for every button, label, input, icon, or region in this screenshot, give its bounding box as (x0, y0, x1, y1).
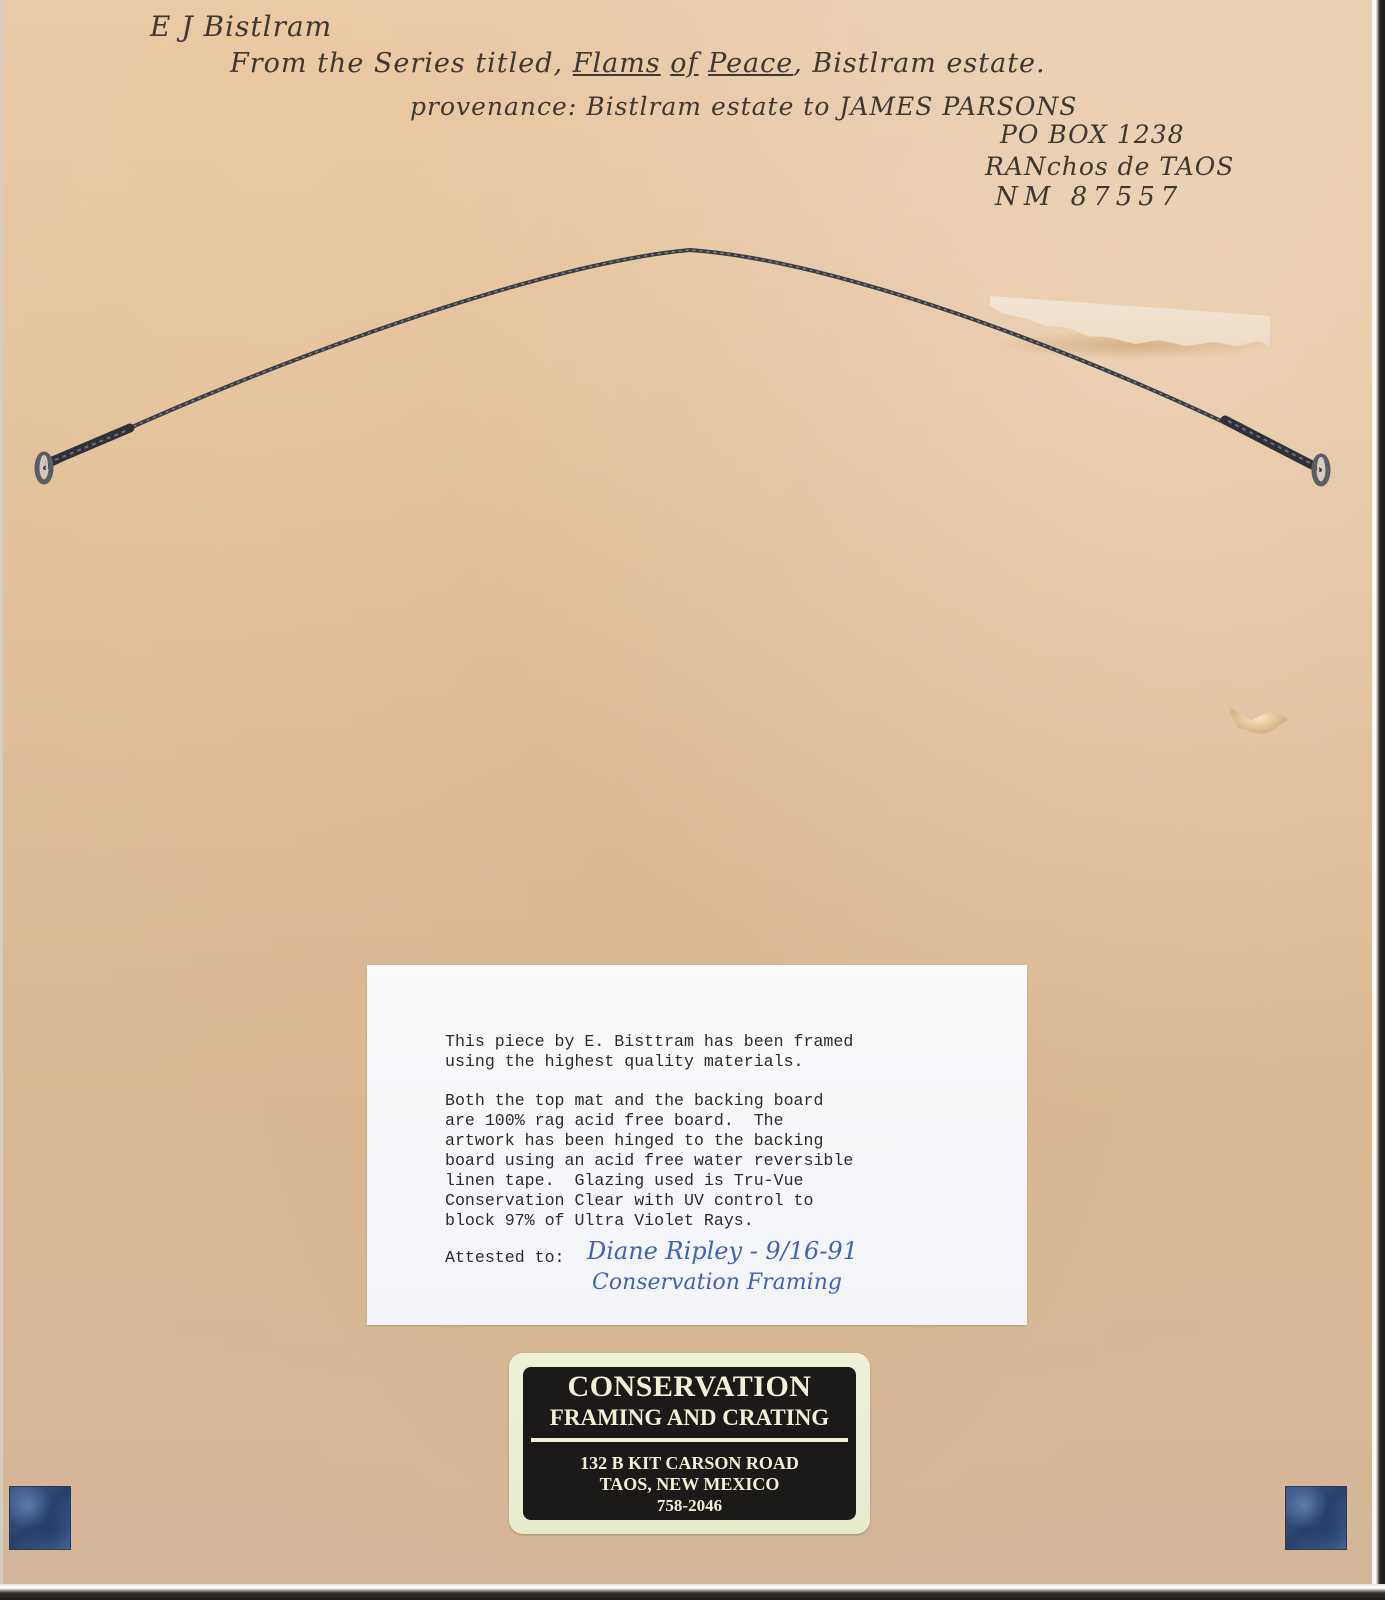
sticker-city: TAOS, NEW MEXICO (523, 1474, 856, 1495)
hanging-wire (0, 0, 1385, 600)
framer-signature: Diane Ripley - 9/16-91 (587, 1237, 858, 1265)
framer-signature-line-2: Conservation Framing (592, 1270, 842, 1295)
framer-sticker: CONSERVATION FRAMING AND CRATING 132 B K… (509, 1353, 870, 1534)
attested-label: Attested to: (445, 1248, 565, 1267)
corner-pad-left (9, 1486, 71, 1550)
sticker-divider (531, 1438, 848, 1442)
sticker-title: CONSERVATION (523, 1370, 856, 1404)
certificate-paragraph-2: Both the top mat and the backing board a… (445, 1091, 1005, 1231)
sticker-subtitle: FRAMING AND CRATING (523, 1405, 856, 1431)
sticker-address: 132 B KIT CARSON ROAD (523, 1453, 856, 1474)
framing-certificate: This piece by E. Bisttram has been frame… (367, 965, 1027, 1325)
wire-wrap-right-icon (1225, 420, 1312, 465)
sticker-phone: 758-2046 (523, 1496, 856, 1516)
corner-pad-right (1285, 1486, 1347, 1550)
wire-wrap-left-icon (50, 428, 130, 462)
frame-edge-bottom (0, 1584, 1385, 1600)
sticker-panel: CONSERVATION FRAMING AND CRATING 132 B K… (523, 1367, 856, 1520)
certificate-paragraph-1: This piece by E. Bisttram has been frame… (445, 1032, 1005, 1072)
